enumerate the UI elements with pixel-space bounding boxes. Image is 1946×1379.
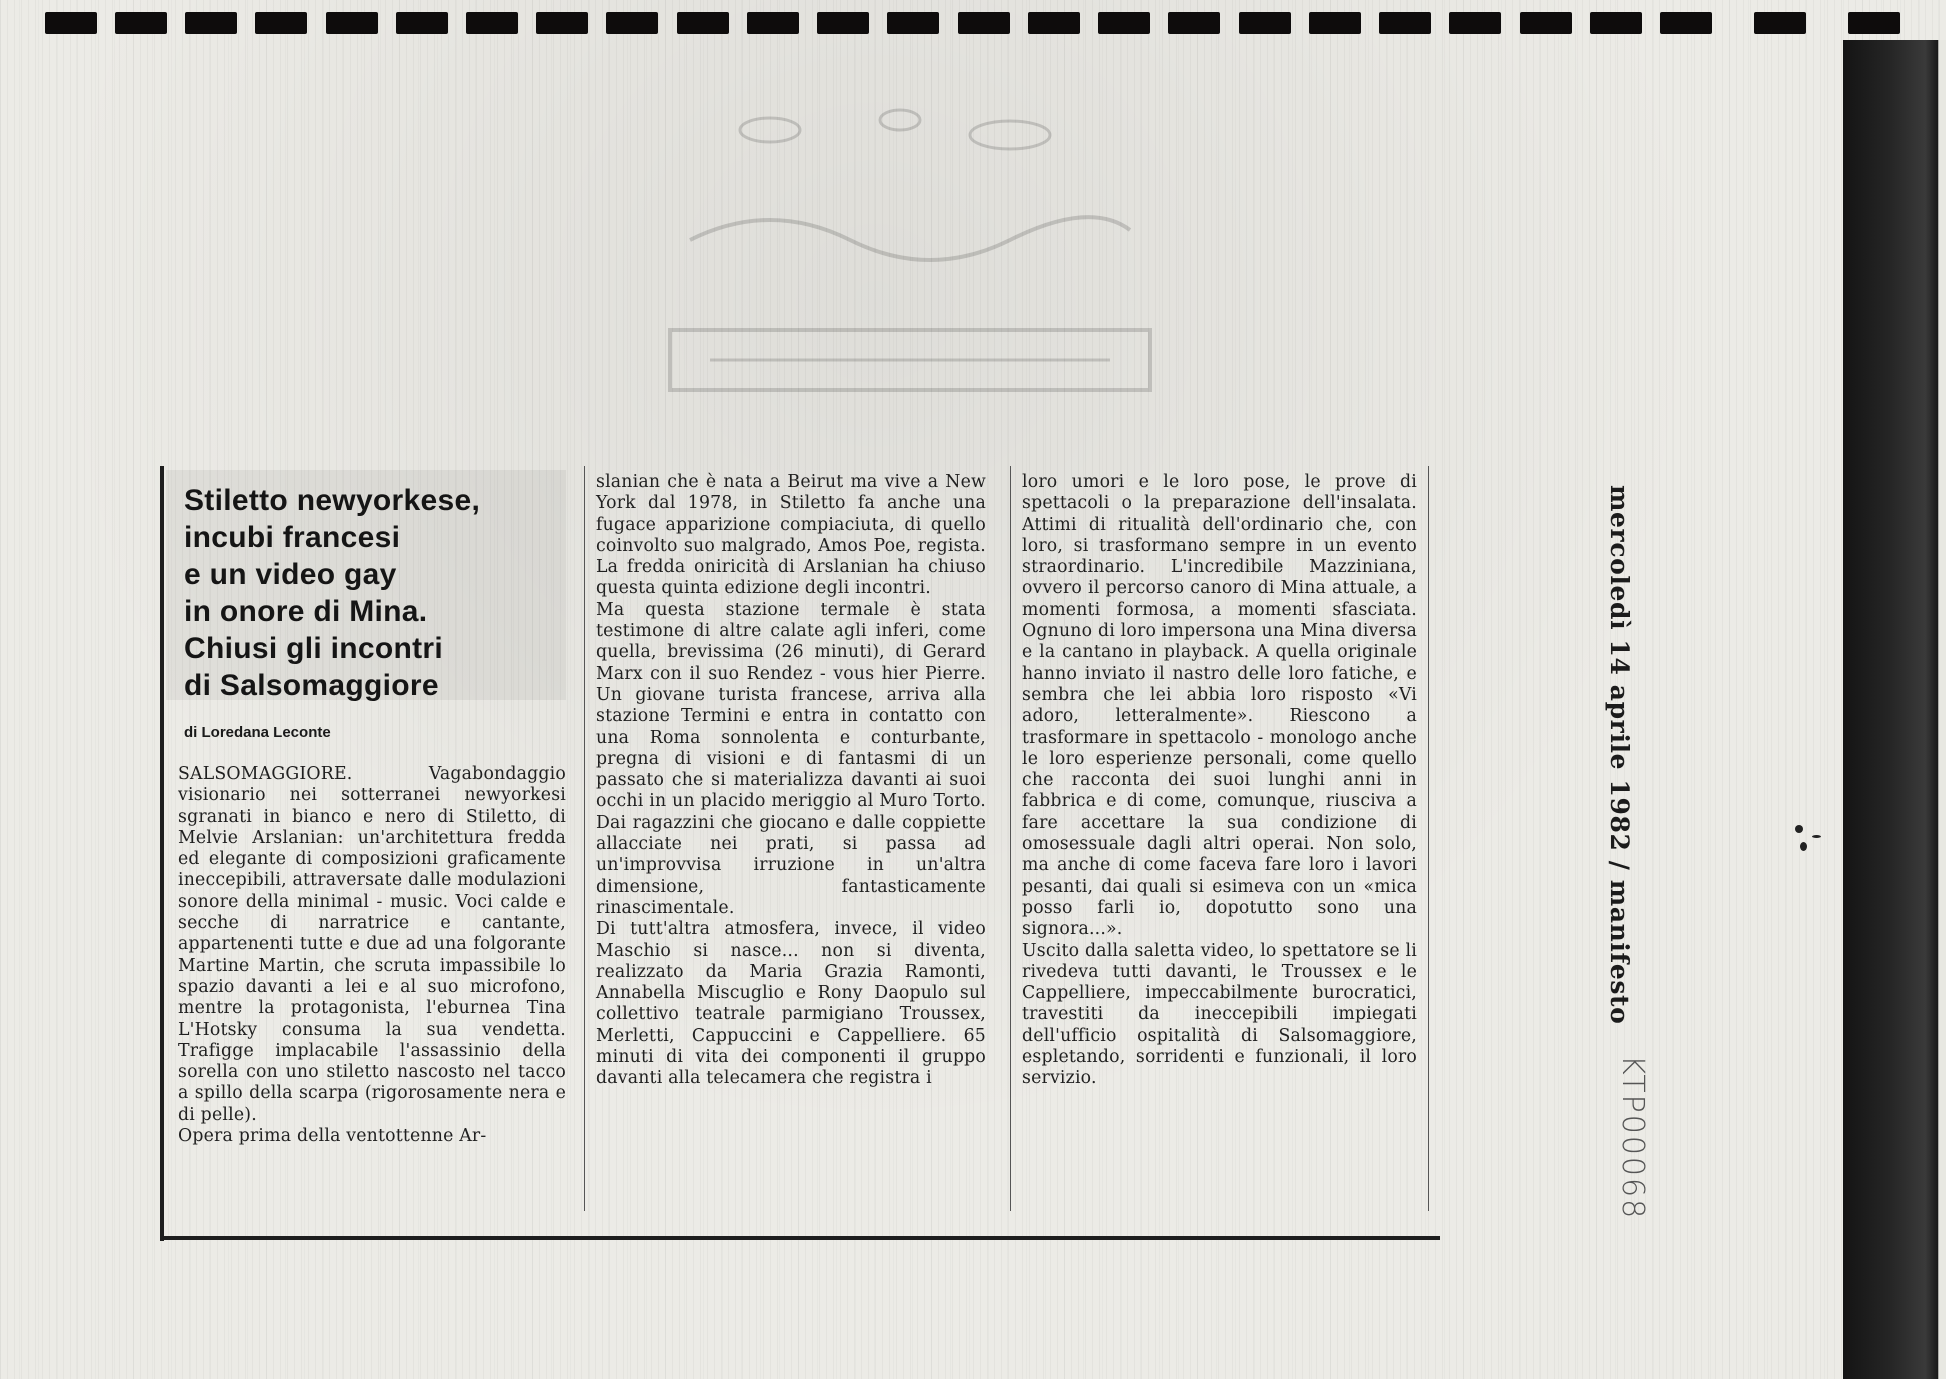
article-column-2: slanian che è nata a Beirut ma vive a Ne…: [596, 472, 986, 1090]
scan-speck: [1795, 825, 1803, 833]
punch-hole: [45, 12, 97, 34]
punch-hole: [396, 12, 448, 34]
paragraph: Di tutt'altra atmosfera, invece, il vide…: [596, 919, 986, 1089]
paragraph: Uscito dalla saletta video, lo spettator…: [1022, 941, 1417, 1090]
article-column-1: SALSOMAGGIORE. Vagabondaggio visionario …: [178, 764, 566, 1147]
punch-hole: [606, 12, 658, 34]
paragraph: Ma questa stazione termale è stata testi…: [596, 600, 986, 919]
punch-hole: [747, 12, 799, 34]
byline: di Loredana Leconte: [184, 724, 566, 741]
punch-hole-strip: [0, 12, 1946, 38]
dateline-stamp: mercoledì 14 aprile 1982 / manifesto: [1602, 485, 1642, 1025]
punch-hole: [887, 12, 939, 34]
headline-block: Stiletto newyorkese, incubi francesi e u…: [166, 470, 566, 700]
scan-dark-edge: [1843, 40, 1946, 1379]
headline-line: di Salsomaggiore: [184, 667, 566, 704]
headline: Stiletto newyorkese, incubi francesi e u…: [184, 482, 566, 704]
headline-line: Chiusi gli incontri: [184, 630, 566, 667]
punch-hole: [677, 12, 729, 34]
dateline-text: mercoledì 14 aprile 1982 / manifesto: [1605, 485, 1634, 1024]
punch-hole: [817, 12, 869, 34]
punch-hole: [115, 12, 167, 34]
punch-hole: [1379, 12, 1431, 34]
punch-hole: [536, 12, 588, 34]
newspaper-article: Stiletto newyorkese, incubi francesi e u…: [160, 466, 1430, 1241]
punch-hole: [958, 12, 1010, 34]
punch-hole: [1098, 12, 1150, 34]
bottom-border-rule: [160, 1236, 1440, 1240]
left-border-rule: [160, 466, 164, 1241]
column-divider: [584, 466, 585, 1211]
column-divider: [1010, 466, 1011, 1211]
handwritten-archive-code: KTP00068: [1622, 1055, 1652, 1215]
scan-speck: [1800, 842, 1807, 851]
punch-hole: [1449, 12, 1501, 34]
punch-hole: [1239, 12, 1291, 34]
paragraph: SALSOMAGGIORE. Vagabondaggio visionario …: [178, 764, 566, 1126]
punch-hole: [1168, 12, 1220, 34]
punch-hole: [466, 12, 518, 34]
punch-hole: [1309, 12, 1361, 34]
punch-hole: [1520, 12, 1572, 34]
paragraph: loro umori e le loro pose, le prove di s…: [1022, 472, 1417, 941]
headline-line: in onore di Mina.: [184, 593, 566, 630]
scan-speck: [1812, 835, 1821, 838]
headline-line: Stiletto newyorkese,: [184, 482, 566, 519]
punch-hole: [1028, 12, 1080, 34]
punch-hole: [326, 12, 378, 34]
ghost-image-bleedthrough: [650, 90, 1170, 420]
paragraph: Opera prima della ventottenne Ar-: [178, 1126, 566, 1147]
paragraph: slanian che è nata a Beirut ma vive a Ne…: [596, 472, 986, 600]
punch-hole: [1660, 12, 1712, 34]
archive-code-text: KTP00068: [1615, 1055, 1650, 1220]
column-divider: [1428, 466, 1429, 1211]
article-column-3: loro umori e le loro pose, le prove di s…: [1022, 472, 1417, 1090]
punch-hole: [1848, 12, 1900, 34]
headline-line: incubi francesi: [184, 519, 566, 556]
punch-hole: [255, 12, 307, 34]
punch-hole: [185, 12, 237, 34]
punch-hole: [1754, 12, 1806, 34]
punch-hole: [1590, 12, 1642, 34]
headline-line: e un video gay: [184, 556, 566, 593]
